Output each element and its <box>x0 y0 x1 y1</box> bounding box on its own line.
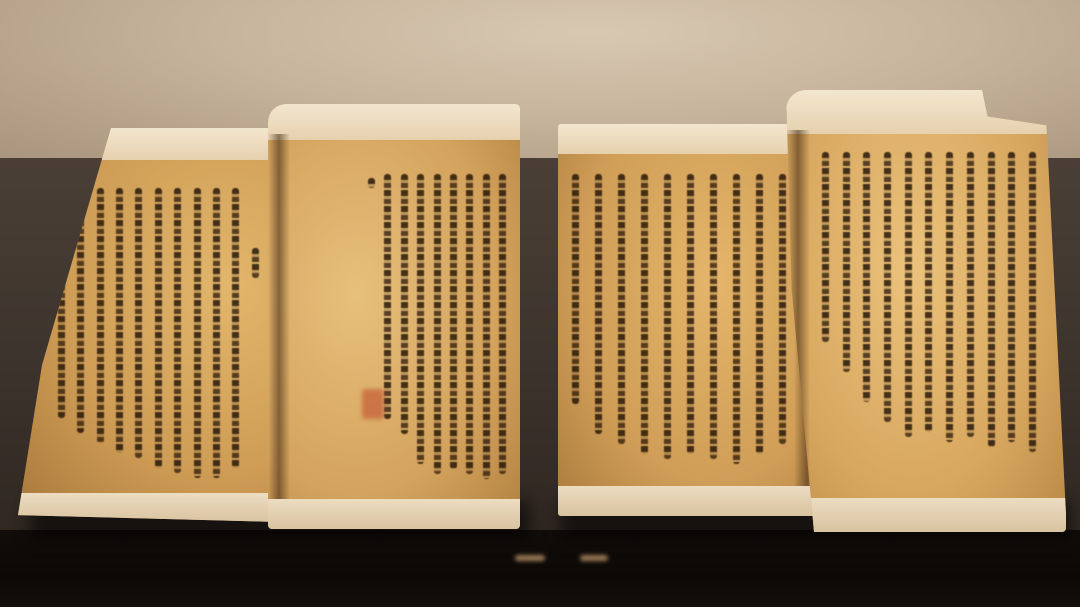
calligraphy-columns <box>368 174 506 484</box>
left-book-right-page <box>268 104 520 529</box>
calligraphy-columns <box>572 174 786 446</box>
display-case-base <box>0 530 1080 607</box>
light-reflection <box>515 555 545 561</box>
right-book-right-page <box>786 90 1066 532</box>
red-seal-stamp <box>362 389 384 419</box>
calligraphy-columns <box>58 188 278 475</box>
light-reflection <box>580 555 608 561</box>
right-book-left-page <box>558 124 820 516</box>
calligraphy-columns <box>822 152 1036 447</box>
